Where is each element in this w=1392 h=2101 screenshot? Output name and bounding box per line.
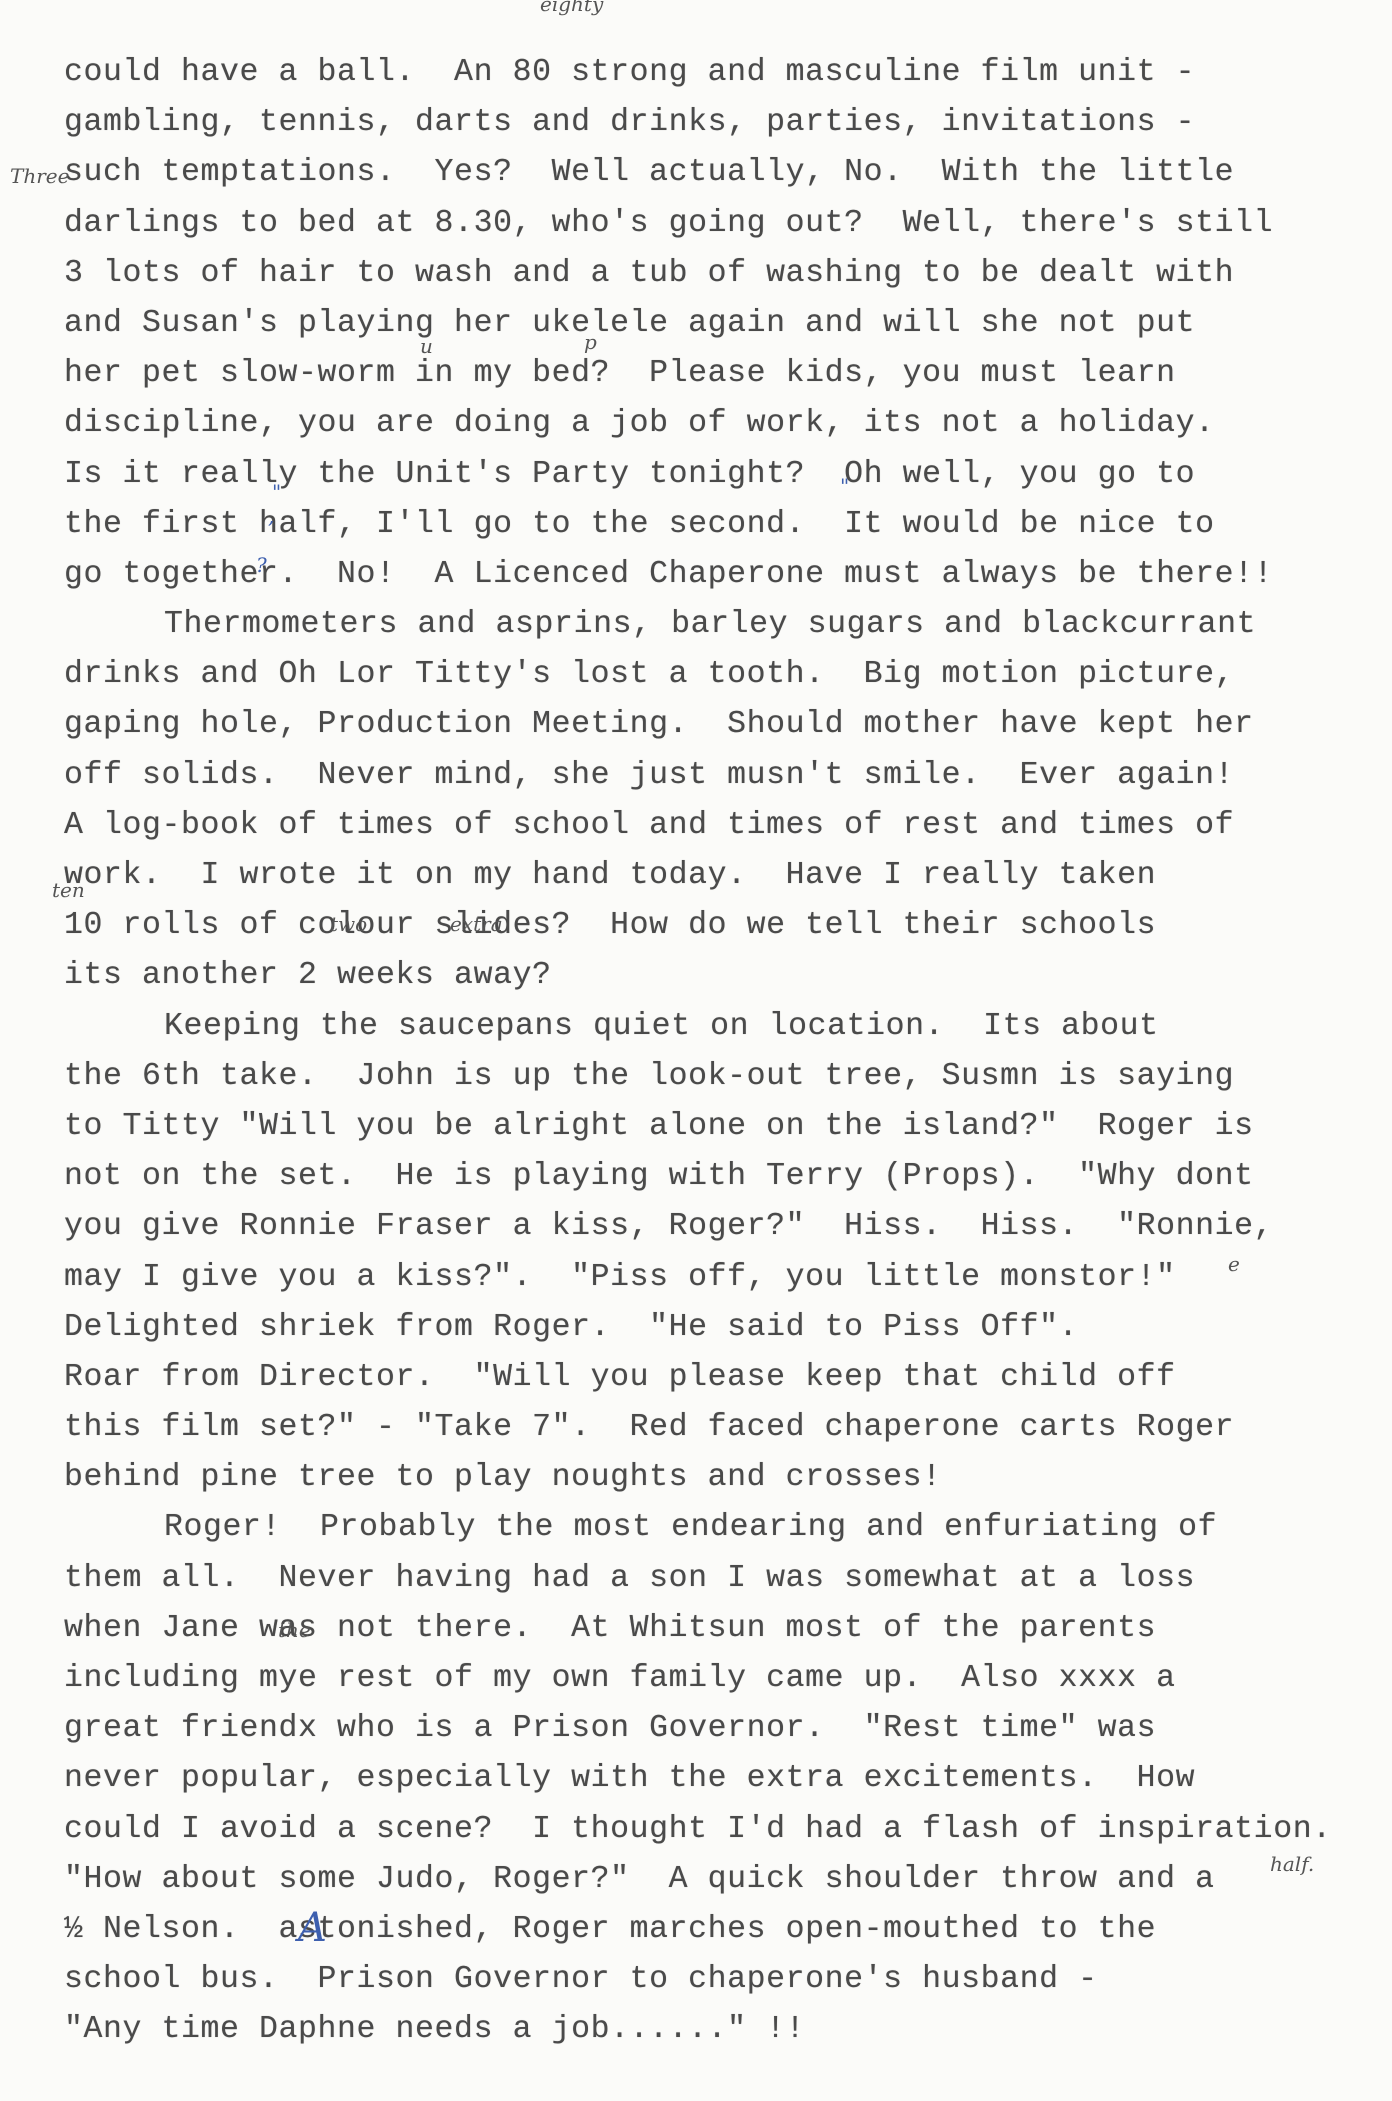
handwritten-annotation: ten <box>52 880 85 900</box>
text-line: its another 2 weeks away? <box>64 951 1384 1001</box>
text-line: this film set?" - "Take 7". Red faced ch… <box>64 1403 1384 1453</box>
handwritten-annotation: A <box>298 1908 327 1948</box>
handwritten-annotation: eighty <box>540 0 603 14</box>
handwritten-annotation: p <box>584 332 597 352</box>
paragraph: Thermometers and asprins, barley sugars … <box>64 600 1384 1002</box>
handwritten-annotation: " <box>272 482 281 502</box>
text-line: them all. Never having had a son I was s… <box>64 1554 1384 1604</box>
handwritten-annotation: " <box>840 476 849 496</box>
text-line: such temptations. Yes? Well actually, No… <box>64 148 1384 198</box>
text-line: off solids. Never mind, she just musn't … <box>64 751 1384 801</box>
paragraph: Roger! Probably the most endearing and e… <box>64 1503 1384 2055</box>
text-line: Roger! Probably the most endearing and e… <box>64 1503 1384 1553</box>
text-line: the first half, I'll go to the second. I… <box>64 500 1384 550</box>
text-line: Roar from Director. "Will you please kee… <box>64 1353 1384 1403</box>
text-line: 3 lots of hair to wash and a tub of wash… <box>64 249 1384 299</box>
text-line: drinks and Oh Lor Titty's lost a tooth. … <box>64 650 1384 700</box>
text-line: you give Ronnie Fraser a kiss, Roger?" H… <box>64 1202 1384 1252</box>
handwritten-annotation: two <box>330 914 367 934</box>
text-line: darlings to bed at 8.30, who's going out… <box>64 199 1384 249</box>
text-line: 10 rolls of colour slides? How do we tel… <box>64 901 1384 951</box>
text-line: gaping hole, Production Meeting. Should … <box>64 700 1384 750</box>
text-line: great friendx who is a Prison Governor. … <box>64 1704 1384 1754</box>
text-line: "Any time Daphne needs a job......" !! <box>64 2005 1384 2055</box>
text-line: gambling, tennis, darts and drinks, part… <box>64 98 1384 148</box>
text-line: her pet slow-worm in my bed? Please kids… <box>64 349 1384 399</box>
text-line: could I avoid a scene? I thought I'd had… <box>64 1805 1384 1855</box>
text-line: behind pine tree to play noughts and cro… <box>64 1453 1384 1503</box>
handwritten-annotation: half. <box>1270 1854 1314 1874</box>
handwritten-annotation: extra <box>450 914 503 934</box>
text-line: Keeping the saucepans quiet on location.… <box>64 1002 1384 1052</box>
handwritten-annotation: the <box>278 1620 311 1640</box>
text-line: could have a ball. An 80 strong and masc… <box>64 48 1384 98</box>
handwritten-annotation: Three <box>10 166 69 186</box>
text-line: to Titty "Will you be alright alone on t… <box>64 1102 1384 1152</box>
handwritten-annotation: e <box>1228 1254 1240 1274</box>
handwritten-annotation: ? <box>256 555 267 575</box>
handwritten-annotation: , <box>268 506 274 526</box>
text-line: never popular, especially with the extra… <box>64 1754 1384 1804</box>
text-line: work. I wrote it on my hand today. Have … <box>64 851 1384 901</box>
paragraph: could have a ball. An 80 strong and masc… <box>64 48 1384 600</box>
text-line: Delighted shriek from Roger. "He said to… <box>64 1303 1384 1353</box>
typed-page: could have a ball. An 80 strong and masc… <box>64 48 1384 2056</box>
text-line: Thermometers and asprins, barley sugars … <box>64 600 1384 650</box>
text-line: A log-book of times of school and times … <box>64 801 1384 851</box>
paragraph: Keeping the saucepans quiet on location.… <box>64 1002 1384 1504</box>
text-line: "How about some Judo, Roger?" A quick sh… <box>64 1855 1384 1905</box>
text-line: including mye rest of my own family came… <box>64 1654 1384 1704</box>
text-line: ½ Nelson. astonished, Roger marches open… <box>64 1905 1384 1955</box>
text-line: school bus. Prison Governor to chaperone… <box>64 1955 1384 2005</box>
text-line: when Jane was not there. At Whitsun most… <box>64 1604 1384 1654</box>
text-line: Is it really the Unit's Party tonight? O… <box>64 450 1384 500</box>
text-line: the 6th take. John is up the look-out tr… <box>64 1052 1384 1102</box>
handwritten-annotation: u <box>420 336 433 356</box>
text-line: discipline, you are doing a job of work,… <box>64 399 1384 449</box>
text-line: not on the set. He is playing with Terry… <box>64 1152 1384 1202</box>
text-line: may I give you a kiss?". "Piss off, you … <box>64 1253 1384 1303</box>
text-line: and Susan's playing her ukelele again an… <box>64 299 1384 349</box>
